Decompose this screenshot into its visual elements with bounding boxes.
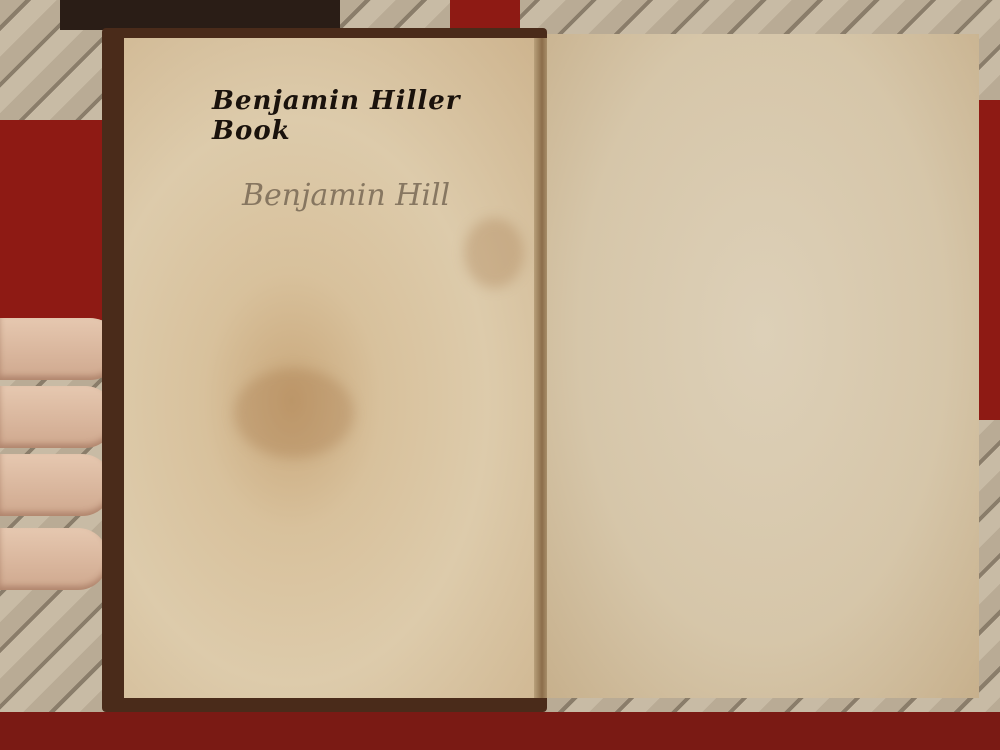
right-page <box>547 34 979 698</box>
stain <box>464 218 524 288</box>
finger <box>0 386 115 448</box>
rug-dark-top <box>60 0 340 30</box>
open-book: Benjamin Hiller Book Benjamin Hill <box>102 28 982 712</box>
finger <box>0 454 112 516</box>
finger <box>0 528 108 590</box>
ink-inscription: Benjamin Hiller Book <box>212 86 544 146</box>
pencil-signature: Benjamin Hill <box>242 178 450 213</box>
left-page: Benjamin Hiller Book Benjamin Hill <box>124 38 544 698</box>
stain <box>234 368 354 458</box>
rug-dark-bottom <box>0 712 1000 750</box>
